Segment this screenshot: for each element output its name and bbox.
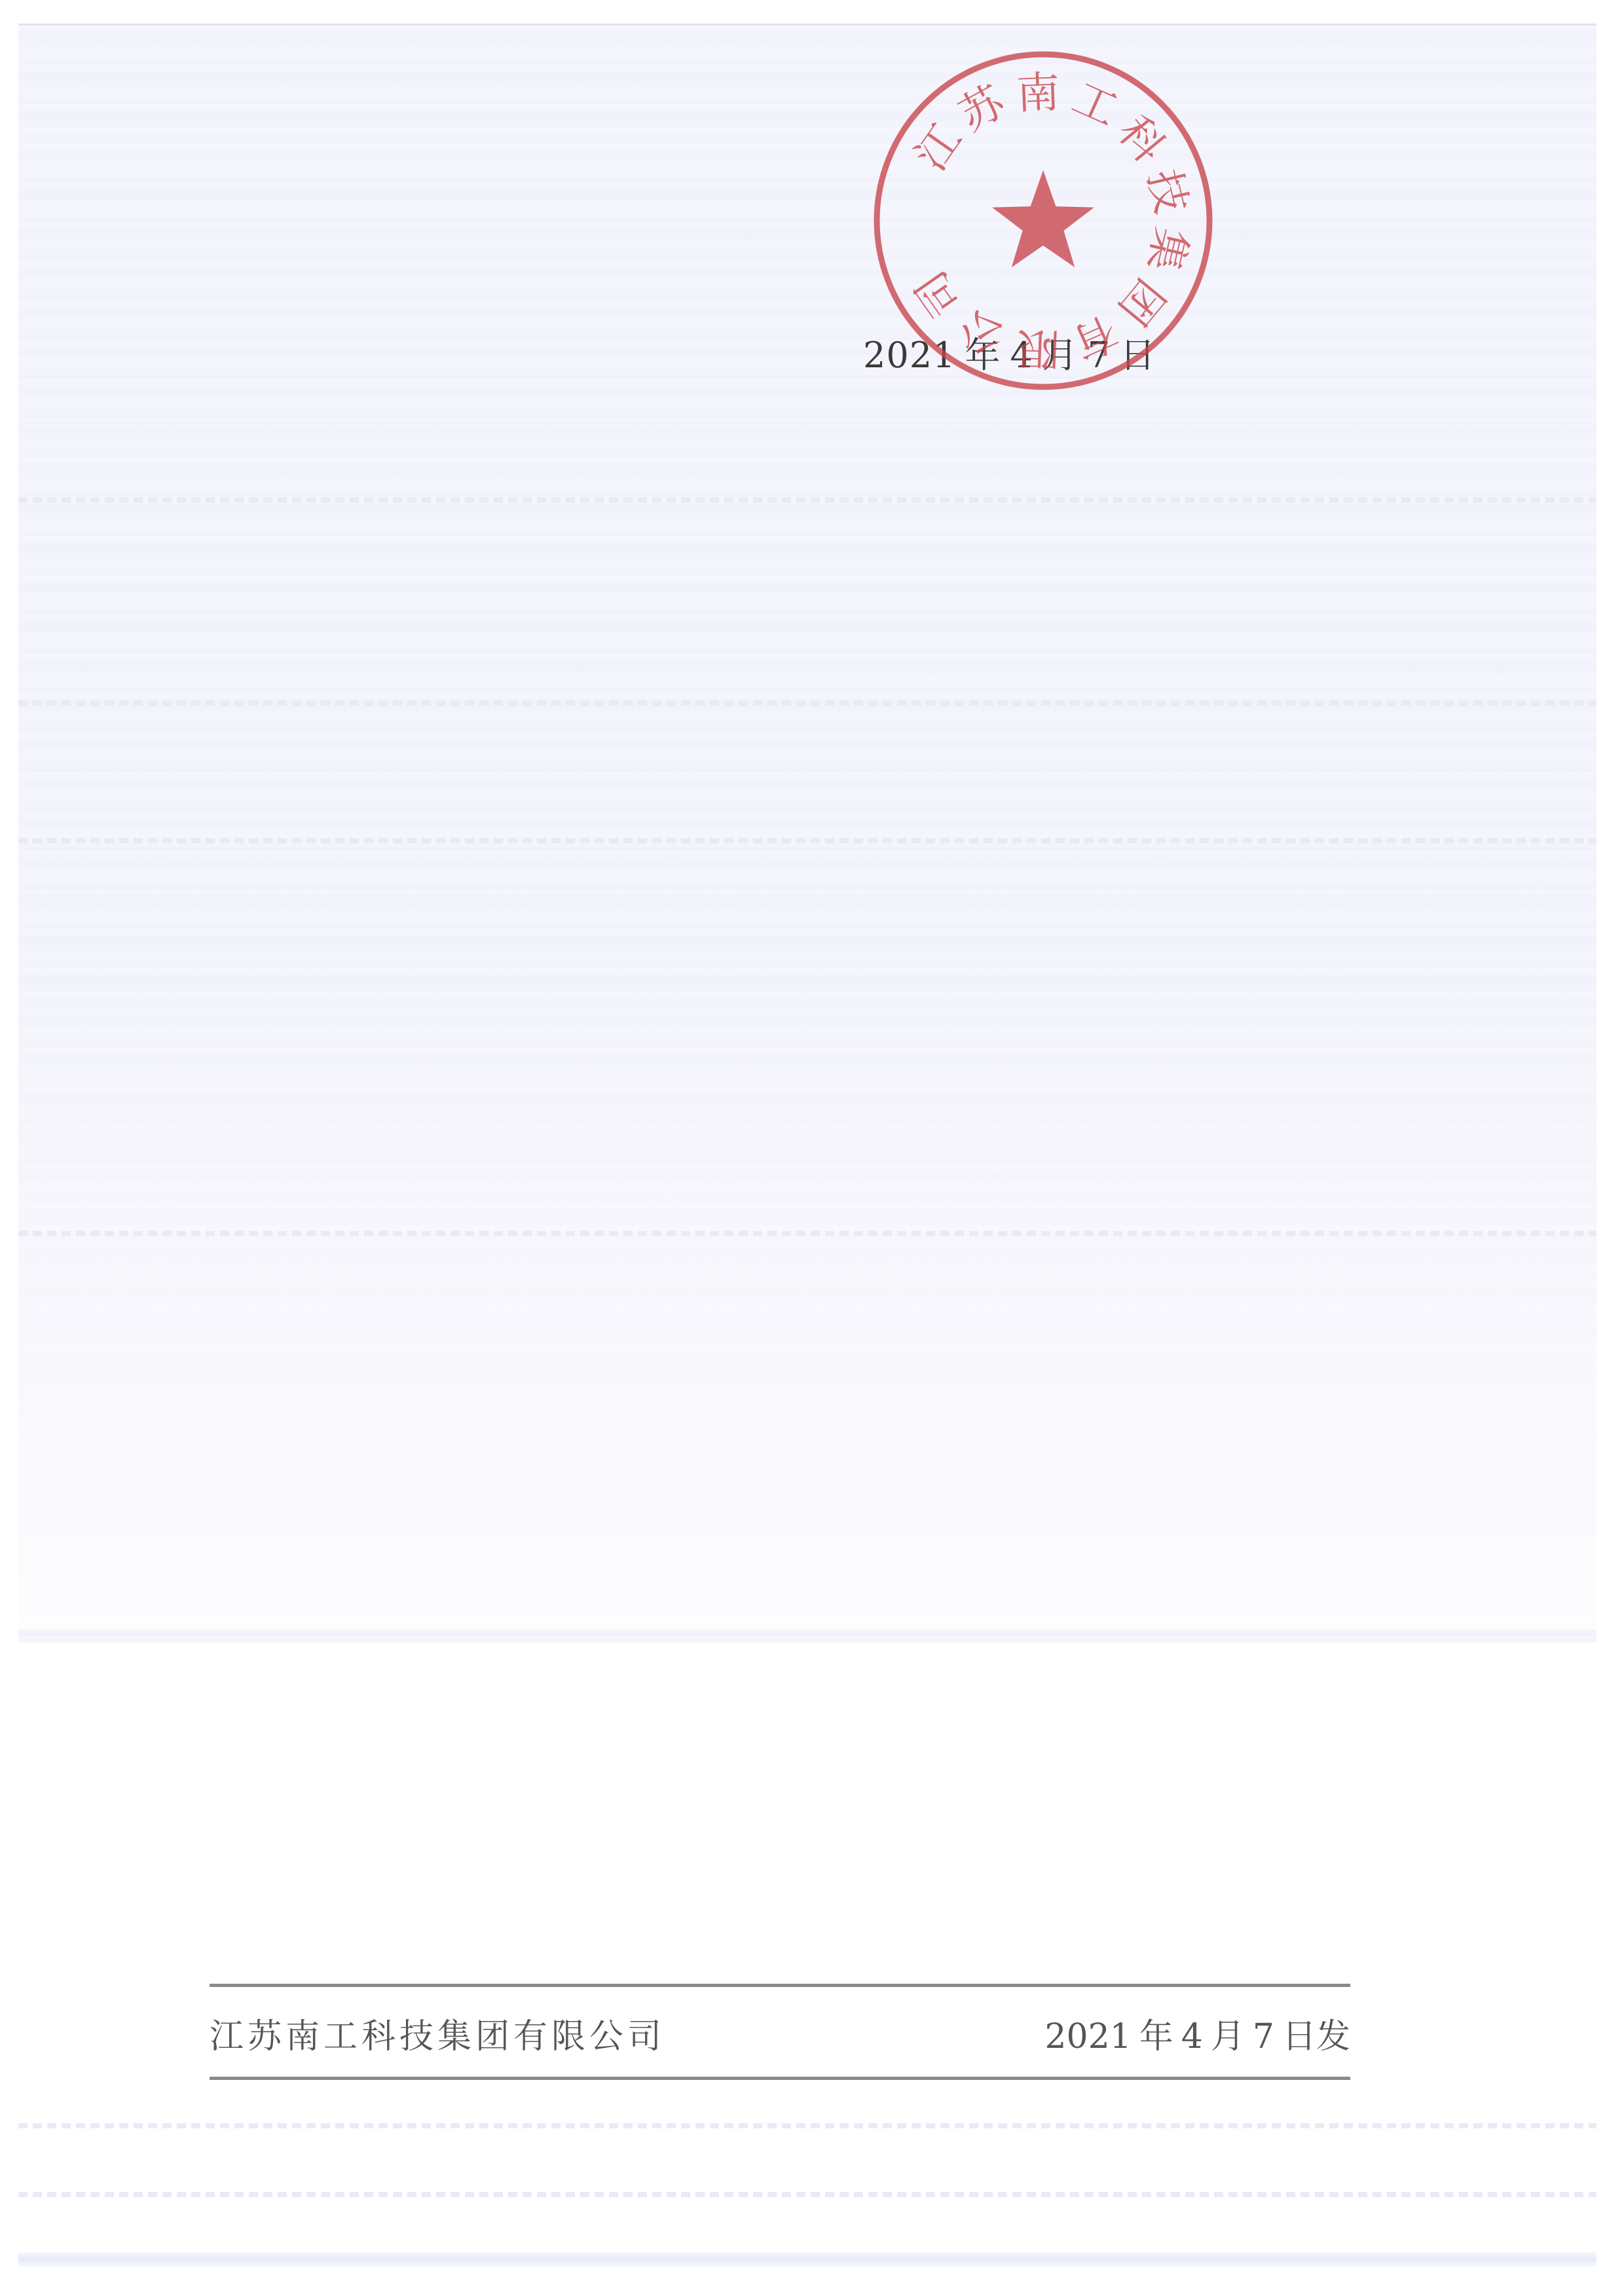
scan-artifact-line — [18, 498, 1596, 503]
seal-character: 江 — [906, 115, 972, 179]
seal-character: 南 — [1016, 67, 1061, 119]
scan-artifact-line — [18, 701, 1596, 706]
scanned-page-background — [18, 24, 1596, 1643]
footer-month: 4 — [1181, 2017, 1203, 2056]
seal-character: 限 — [1016, 322, 1061, 374]
footer-year-unit: 年 — [1139, 2017, 1173, 2056]
footer-day-unit: 日发 — [1282, 2017, 1350, 2056]
footer-day: 7 — [1253, 2017, 1274, 2056]
seal-character: 公 — [951, 301, 1013, 365]
seal-character: 团 — [1109, 269, 1175, 335]
footer-issue-date: 2021年4月7日发 — [1044, 2009, 1350, 2058]
footer-month-unit: 月 — [1211, 2017, 1245, 2056]
scan-artifact-line — [18, 838, 1596, 843]
seal-character: 集 — [1138, 223, 1197, 277]
seal-character: 技 — [1138, 165, 1197, 219]
scan-artifact-band — [18, 2252, 1596, 2267]
seal-character: 工 — [1065, 72, 1126, 136]
footer-organization: 江苏南工科技集团有限公司 — [210, 2009, 665, 2058]
footer-bottom-rule — [210, 2077, 1350, 2080]
star-icon — [992, 170, 1094, 267]
seal-character: 有 — [1065, 305, 1126, 369]
footer-year: 2021 — [1044, 2017, 1131, 2056]
seal-character: 司 — [906, 262, 972, 326]
scan-artifact-line — [18, 2192, 1596, 2197]
official-seal: 江苏南工科技集团有限公司 — [870, 47, 1217, 394]
scan-artifact-line — [18, 1231, 1596, 1236]
seal-character: 科 — [1109, 107, 1175, 172]
footer-top-rule — [210, 1984, 1350, 1987]
seal-character: 苏 — [951, 75, 1014, 141]
scan-artifact-line — [18, 2123, 1596, 2128]
